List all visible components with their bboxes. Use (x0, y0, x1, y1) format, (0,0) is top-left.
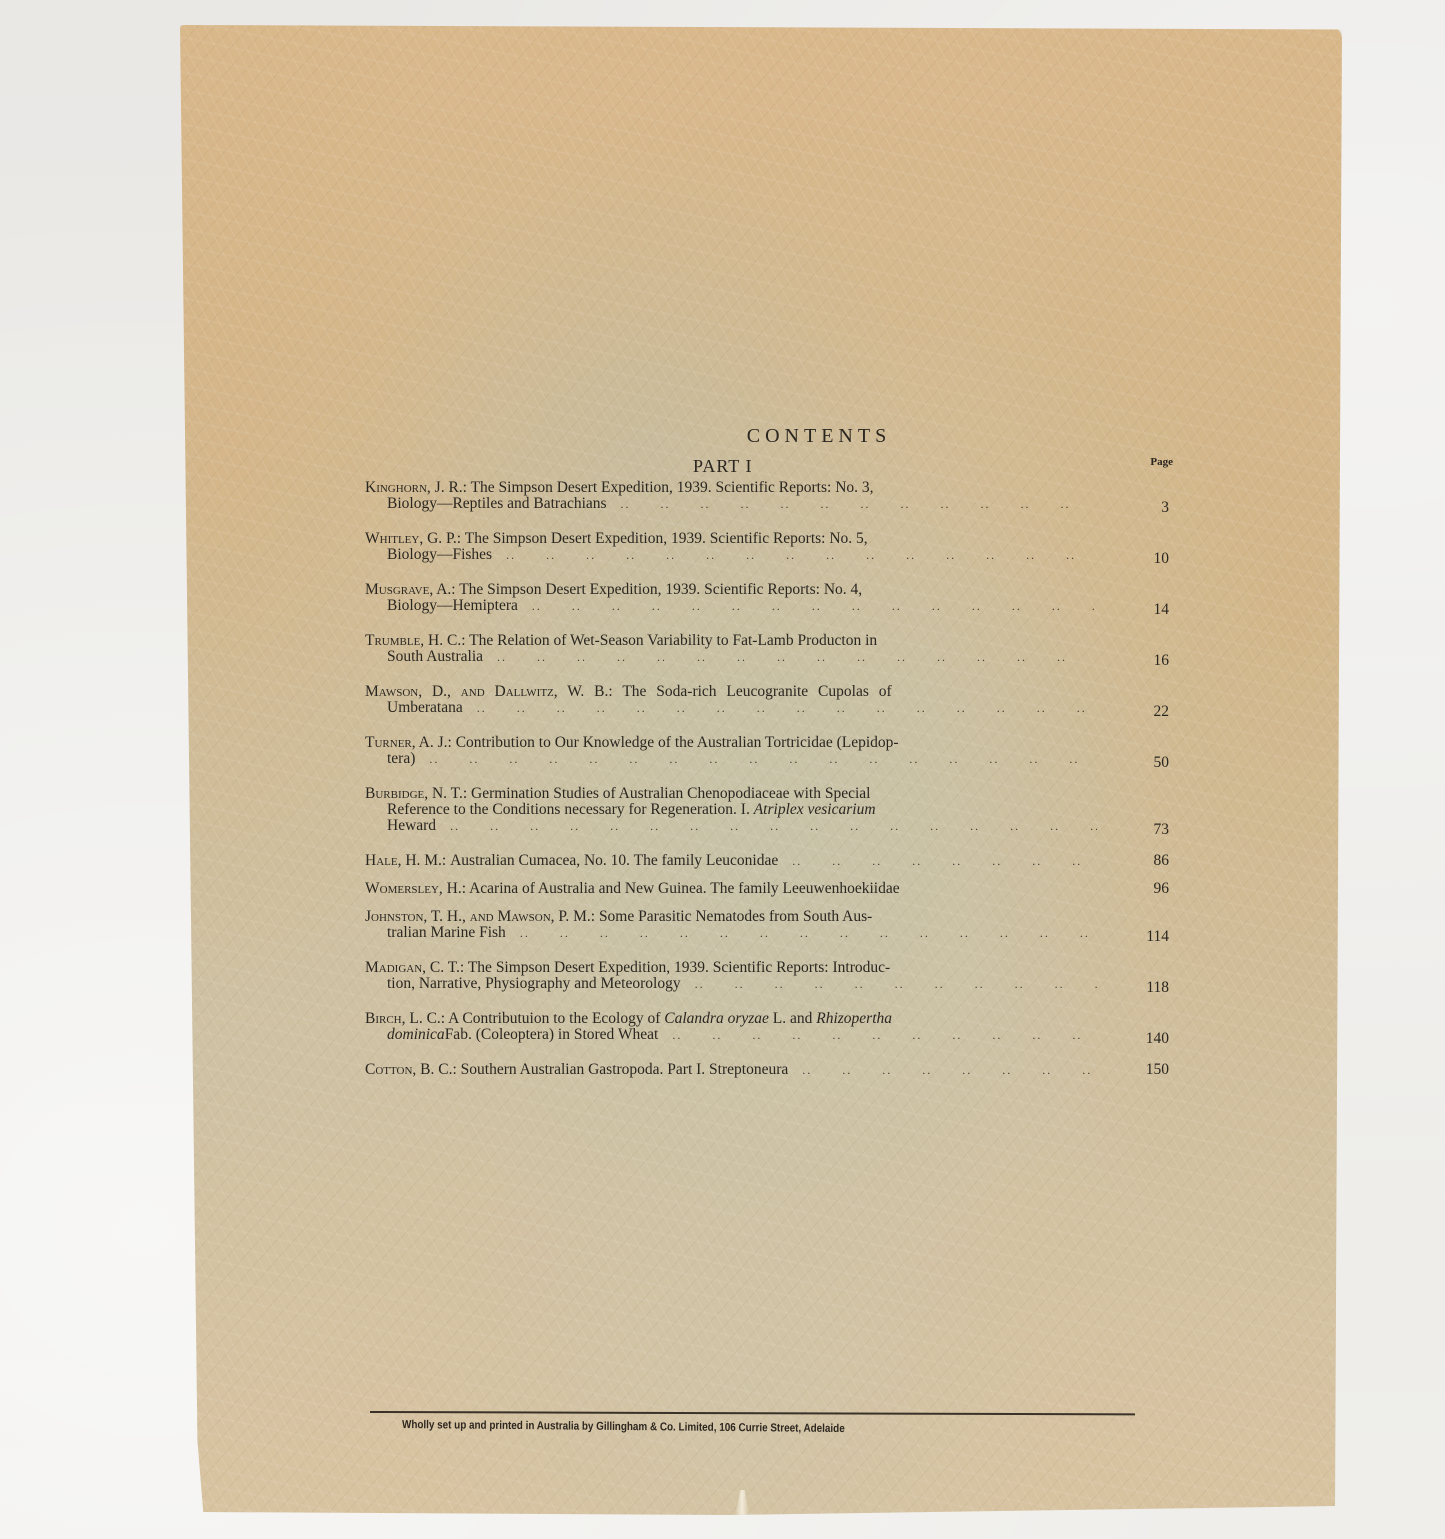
entry-title-fragment: L. and (769, 1011, 816, 1027)
entry-title-line: Biology—Hemiptera (387, 598, 518, 614)
entry-title-line: Heward (387, 818, 436, 834)
entry-page-number: 150 (1135, 1062, 1169, 1078)
entry-page-number: 73 (1135, 822, 1169, 838)
imprint-divider (370, 1411, 1135, 1415)
entry-author: Cotton, B. C.: (365, 1062, 457, 1078)
toc-entry: Burbidge, N. T.: Germination Studies of … (365, 786, 1155, 834)
dot-leader (621, 496, 1097, 512)
entry-author: Whitley, G. P.: (365, 531, 461, 547)
dot-leader (477, 700, 1097, 716)
toc-entry: Mawson, D., and Dallwitz, W. B.: The Sod… (365, 684, 1155, 716)
entry-italic-species: Atriplex vesicarium (754, 802, 876, 818)
entry-title-line: Umberatana (387, 700, 463, 716)
entry-author: Womersley, H.: (365, 881, 466, 897)
entry-author: Trumble, H. C.: (365, 633, 466, 649)
toc-entry: Hale, H. M.: Australian Cumacea, No. 10.… (365, 853, 1155, 869)
entry-title-line: The Simpson Desert Expedition, 1939. Sci… (471, 480, 874, 496)
dot-leader (532, 598, 1097, 614)
entry-page-number: 16 (1135, 653, 1169, 669)
printer-imprint: Wholly set up and printed in Australia b… (402, 1419, 845, 1435)
entry-page-number: 86 (1135, 853, 1169, 869)
paper-tear (735, 1490, 749, 1516)
entry-author: Madigan, C. T.: (365, 960, 464, 976)
dot-leader (802, 1062, 1097, 1078)
entry-title-line: South Australia (387, 649, 483, 665)
entry-title-line: Acarina of Australia and New Guinea. The… (469, 881, 900, 897)
entry-page-number: 10 (1135, 551, 1169, 567)
entry-italic-species: Calandra oryzae (664, 1011, 769, 1027)
toc-entry: Turner, A. J.: Contribution to Our Knowl… (365, 735, 1155, 767)
entry-page-number: 50 (1135, 755, 1169, 771)
entry-page-number: 114 (1135, 929, 1169, 945)
dot-leader (792, 853, 1097, 869)
part-label: PART I (693, 456, 752, 477)
dot-leader (506, 547, 1097, 563)
entry-page-number: 3 (1135, 500, 1169, 516)
entry-title-line: Germination Studies of Australian Chenop… (471, 786, 870, 802)
toc-entry: Trumble, H. C.: The Relation of Wet-Seas… (365, 633, 1155, 665)
entry-title-line: The Soda-rich Leucogranite Cupolas of (622, 684, 891, 700)
toc-entry: Madigan, C. T.: The Simpson Desert Exped… (365, 960, 1155, 992)
entry-page-number: 14 (1135, 602, 1169, 618)
entry-author: Kinghorn, J. R.: (365, 480, 467, 496)
entry-page-number: 140 (1135, 1031, 1169, 1047)
entry-page-number: 96 (1135, 881, 1169, 897)
dot-leader (450, 818, 1097, 834)
contents-heading: CONTENTS (483, 425, 1155, 448)
entry-title-line: Some Parasitic Nematodes from South Aus- (599, 909, 872, 925)
dot-leader (520, 925, 1097, 941)
toc-entry: Womersley, H.: Acarina of Australia and … (365, 881, 1155, 897)
toc-entry: Kinghorn, J. R.: The Simpson Desert Expe… (365, 480, 1155, 512)
entry-title-fragment: Fab. (Coleoptera) in Stored Wheat (445, 1027, 659, 1043)
entry-title-line: Biology—Reptiles and Batrachians (387, 496, 607, 512)
entry-title-line: The Simpson Desert Expedition, 1939. Sci… (465, 531, 868, 547)
entry-title-line: tion, Narrative, Physiography and Meteor… (387, 976, 681, 992)
entry-title-line: tera) (387, 751, 415, 767)
page-column-label: Page (1150, 456, 1173, 468)
entry-page-number: 22 (1135, 704, 1169, 720)
booklet-back-cover: CONTENTS PART I Page Kinghorn, J. R.: Th… (180, 25, 1342, 1515)
entry-author: Musgrave, A.: (365, 582, 456, 598)
entry-author: Johnston, T. H., and Mawson, P. M.: (365, 909, 595, 925)
contents-section: CONTENTS PART I Page Kinghorn, J. R.: Th… (365, 425, 1155, 1097)
entry-title-fragment: A Contributuion to the Ecology of (448, 1011, 664, 1027)
part-header-row: PART I Page (365, 456, 1155, 480)
toc-entry: Johnston, T. H., and Mawson, P. M.: Some… (365, 909, 1155, 941)
dot-leader (429, 751, 1097, 767)
entry-title-line: Reference to the Conditions necessary fo… (387, 802, 750, 818)
entry-title-line: The Simpson Desert Expedition, 1939. Sci… (468, 960, 890, 976)
toc-entry: Birch, L. C.: A Contributuion to the Eco… (365, 1011, 1155, 1043)
entry-author: Hale, H. M.: (365, 853, 446, 869)
entry-title-line: Biology—Fishes (387, 547, 492, 563)
entry-italic-species: dominica (387, 1027, 445, 1043)
entry-title-line: The Relation of Wet-Season Variability t… (469, 633, 877, 649)
dot-leader (672, 1027, 1097, 1043)
entry-author: Mawson, D., and Dallwitz, W. B.: (365, 684, 613, 700)
entry-title-line: Southern Australian Gastropoda. Part I. … (461, 1062, 789, 1078)
entry-author: Turner, A. J.: (365, 735, 452, 751)
entry-page-number: 118 (1135, 980, 1169, 996)
entry-title-line: The Simpson Desert Expedition, 1939. Sci… (459, 582, 862, 598)
toc-entry: Whitley, G. P.: The Simpson Desert Exped… (365, 531, 1155, 563)
entry-title-line: tralian Marine Fish (387, 925, 506, 941)
entry-author: Birch, L. C.: (365, 1011, 445, 1027)
entry-author: Burbidge, N. T.: (365, 786, 467, 802)
entry-italic-species: Rhizopertha (816, 1011, 892, 1027)
dot-leader (497, 649, 1097, 665)
toc-entry: Musgrave, A.: The Simpson Desert Expedit… (365, 582, 1155, 614)
toc-entry: Cotton, B. C.: Southern Australian Gastr… (365, 1062, 1155, 1078)
entry-title-line: Contribution to Our Knowledge of the Aus… (456, 735, 899, 751)
dot-leader (695, 976, 1097, 992)
entry-title-line: Australian Cumacea, No. 10. The family L… (450, 853, 778, 869)
